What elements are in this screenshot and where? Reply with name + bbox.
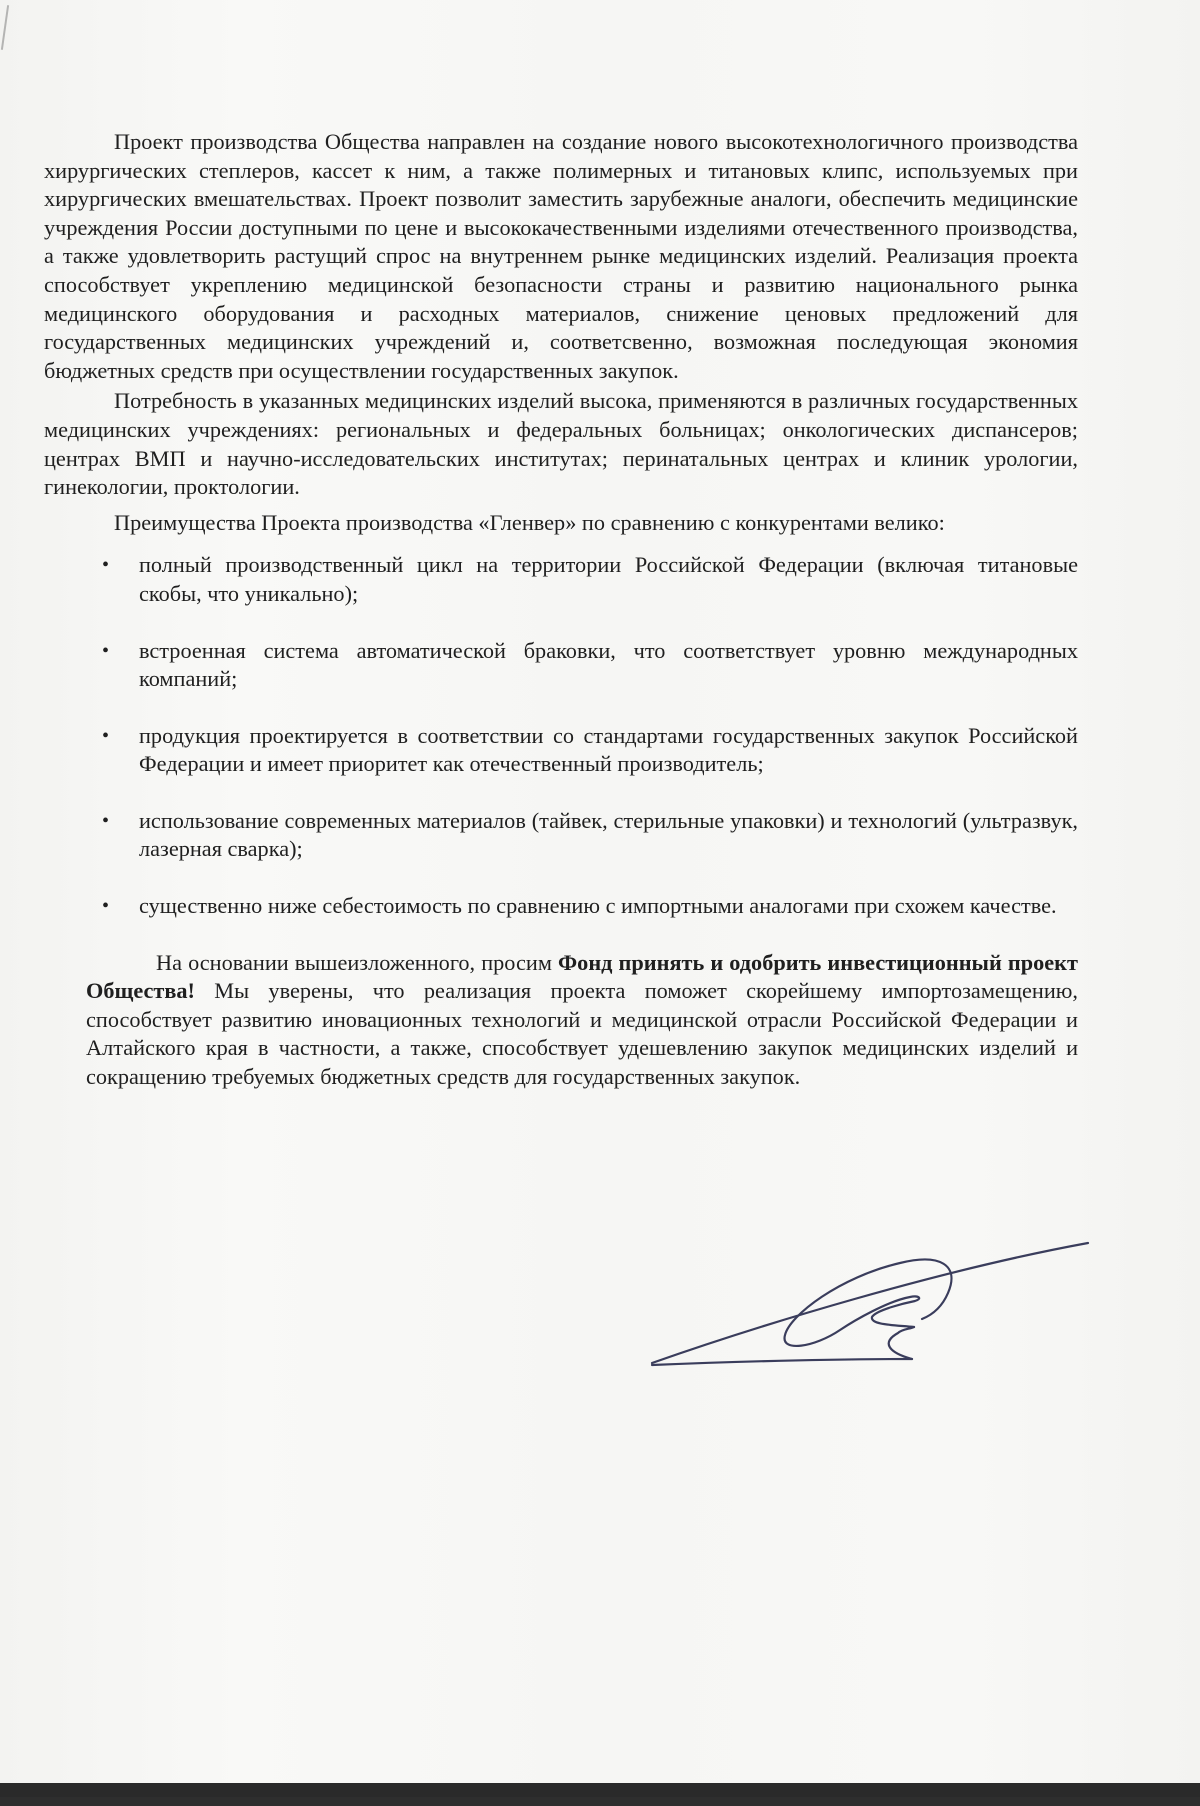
list-item: • использование современных материалов (… xyxy=(44,807,1078,864)
bullet-icon: • xyxy=(102,722,109,751)
paragraph-project-description: Проект производства Общества направлен н… xyxy=(44,128,1078,385)
scan-bottom-edge xyxy=(0,1783,1200,1797)
bullet-icon: • xyxy=(102,807,109,836)
list-item-text: использование современных материалов (та… xyxy=(139,808,1078,862)
conclusion-lead: На основании вышеизложенного, просим xyxy=(156,950,558,975)
bullet-icon: • xyxy=(102,551,109,580)
list-item-text: полный производственный цикл на территор… xyxy=(139,552,1078,606)
letter-body: Проект производства Общества направлен н… xyxy=(44,128,1078,1092)
signature-icon xyxy=(640,1225,1100,1375)
paragraph-conclusion: На основании вышеизложенного, просим Фон… xyxy=(44,949,1078,1092)
document-page: Проект производства Общества направлен н… xyxy=(0,0,1200,1797)
bullet-icon: • xyxy=(102,637,109,666)
paragraph-demand: Потребность в указанных медицинских изде… xyxy=(44,387,1078,501)
list-item: • полный производственный цикл на террит… xyxy=(44,551,1078,608)
bullet-icon: • xyxy=(102,892,109,921)
list-item: • существенно ниже себестоимость по срав… xyxy=(44,892,1078,921)
list-item: • встроенная система автоматической брак… xyxy=(44,637,1078,694)
paragraph-advantages-intro: Преимущества Проекта производства «Гленв… xyxy=(44,509,1078,538)
list-item-text: встроенная система автоматической браков… xyxy=(139,638,1078,692)
advantages-list: • полный производственный цикл на террит… xyxy=(44,551,1078,920)
list-item: • продукция проектируется в соответствии… xyxy=(44,722,1078,779)
list-item-text: существенно ниже себестоимость по сравне… xyxy=(139,893,1057,918)
conclusion-rest: Мы уверены, что реализация проекта помож… xyxy=(86,978,1078,1089)
list-item-text: продукция проектируется в соответствии с… xyxy=(139,723,1078,777)
